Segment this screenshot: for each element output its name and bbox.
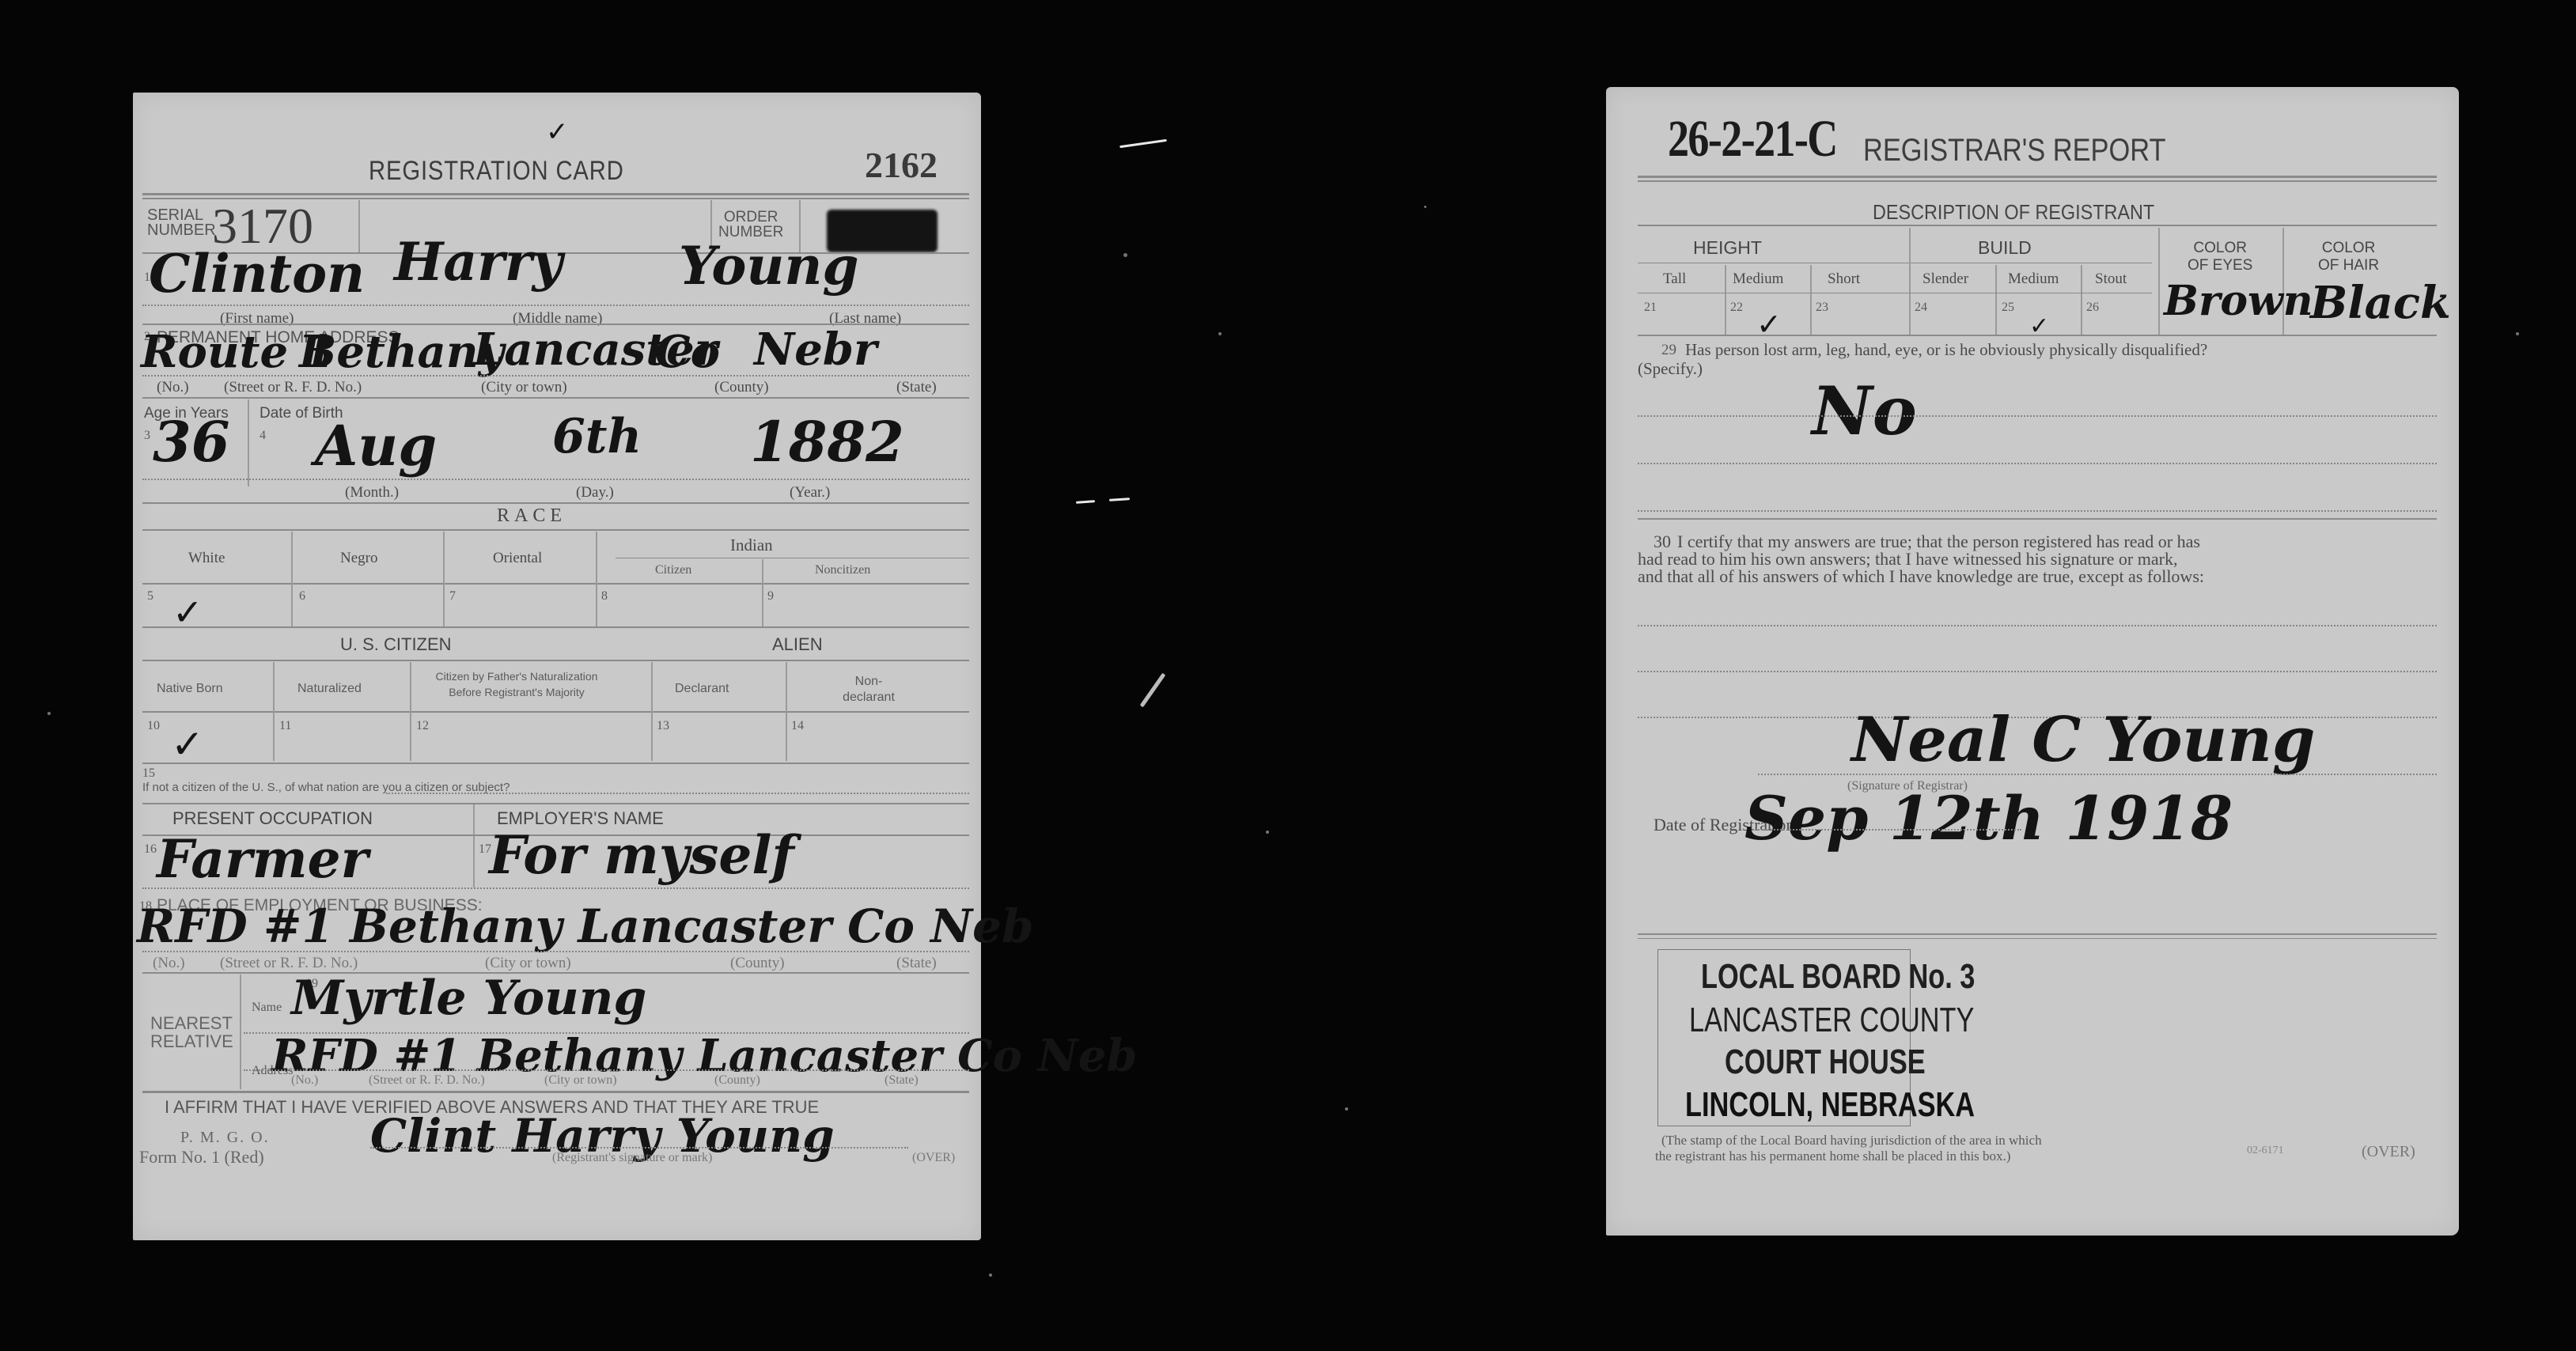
- field-number: 6: [299, 589, 305, 604]
- dotted-line: [1638, 510, 2437, 512]
- race-negro-label: Negro: [340, 550, 377, 567]
- divider: [473, 804, 475, 887]
- field-number: 25: [2002, 301, 2014, 315]
- divider: [596, 532, 597, 626]
- divider: [248, 399, 249, 486]
- dotted-line: [244, 1069, 969, 1071]
- field-number: 11: [279, 719, 291, 733]
- height-short-label: Short: [1828, 271, 1860, 288]
- field-number: 22: [1730, 301, 1743, 315]
- divider: [142, 529, 969, 531]
- top-checkmark: ✓: [546, 116, 569, 148]
- dotted-line: [1638, 463, 2437, 464]
- divider: [142, 1091, 969, 1093]
- registrars-report-card: 26-2-21-C REGISTRAR'S REPORT DESCRIPTION…: [1606, 87, 2459, 1236]
- address-city-label: (City or town): [481, 379, 567, 396]
- divider: [142, 660, 969, 661]
- address-no-label: (No.): [157, 379, 189, 396]
- height-tall-label: Tall: [1663, 271, 1686, 288]
- field-number: 14: [791, 719, 804, 733]
- divider: [762, 559, 763, 626]
- hair-color-label-line: COLOR: [2322, 240, 2376, 256]
- nearest-relative-label: NEAREST RELATIVE: [150, 1014, 233, 1050]
- height-medium-check: ✓: [1756, 307, 1782, 342]
- field-number: 3: [144, 429, 150, 443]
- hair-color-value: Black: [2310, 277, 2451, 329]
- stamp-line-1: LOCAL BOARD No. 3: [1701, 957, 1975, 997]
- signature-label: (Registrant's signature or mark): [552, 1151, 712, 1165]
- field-number: 21: [1644, 301, 1657, 315]
- field-number: 4: [259, 429, 266, 443]
- q29-specify: (Specify.): [1638, 359, 1703, 379]
- divider: [1638, 335, 2437, 336]
- stamp-line-4: LINCOLN, NEBRASKA: [1685, 1085, 1975, 1125]
- address-street-label: (Street or R. F. D. No.): [224, 379, 362, 396]
- scan-artifact: [1119, 139, 1167, 148]
- divider: [443, 532, 445, 626]
- scan-artifact: [2516, 332, 2519, 335]
- divider: [1638, 263, 2152, 263]
- divider: [240, 974, 241, 1089]
- dotted-line: [142, 479, 969, 480]
- age-value: 36: [153, 409, 229, 475]
- field-number: 12: [416, 719, 429, 733]
- race-white-label: White: [188, 550, 225, 567]
- height-label: HEIGHT: [1693, 237, 1762, 259]
- field-number: 7: [449, 589, 456, 604]
- divider: [410, 662, 411, 761]
- scan-artifact: [1345, 1107, 1348, 1111]
- relative-name: Myrtle Young: [291, 971, 646, 1026]
- field-number: 23: [1816, 301, 1828, 315]
- middle-name: Harry: [394, 231, 563, 293]
- height-medium-label: Medium: [1733, 271, 1783, 288]
- scan-artifact: [47, 712, 51, 715]
- order-label-line: ORDER: [724, 209, 778, 225]
- divider: [142, 397, 969, 399]
- occupation-value: Farmer: [157, 828, 368, 890]
- dotted-line: [370, 1147, 908, 1149]
- scan-artifact: [1109, 498, 1130, 501]
- divider: [1638, 176, 2437, 178]
- divider: [1725, 265, 1726, 335]
- registration-card: ✓ REGISTRATION CARD 2162 SERIAL NUMBER 3…: [133, 93, 981, 1240]
- field-number: 9: [767, 589, 774, 604]
- scan-artifact: [1424, 206, 1426, 208]
- print-code: 02-6171: [2247, 1145, 2284, 1157]
- relative-state-label: (State): [885, 1073, 919, 1088]
- field-number: 13: [657, 719, 669, 733]
- employment-county-label: (County): [730, 955, 785, 972]
- scan-artifact: [1076, 500, 1095, 504]
- divider: [1909, 228, 1911, 335]
- race-indian-citizen-label: Citizen: [655, 563, 691, 577]
- scan-artifact: [1218, 332, 1222, 335]
- dotted-line: [386, 793, 969, 794]
- registrar-signature: Neal C Young: [1851, 704, 2315, 776]
- alien-label: ALIEN: [772, 634, 823, 655]
- divider: [651, 662, 653, 761]
- employment-no-label: (No.): [153, 955, 185, 972]
- build-stout-label: Stout: [2095, 271, 2127, 288]
- scan-artifact: [989, 1273, 992, 1277]
- stamp-line-2: LANCASTER COUNTY: [1689, 1001, 1974, 1040]
- pmgo-label: P. M. G. O.: [180, 1129, 270, 1147]
- divider: [142, 763, 969, 764]
- stamp-line-3: COURT HOUSE: [1725, 1043, 1926, 1082]
- dob-day: 6th: [552, 409, 642, 464]
- nearest-relative-label-line: NEAREST: [150, 1013, 233, 1033]
- eye-color-label-line: OF EYES: [2188, 257, 2252, 274]
- field-number: 8: [601, 589, 608, 604]
- scan-artifact: [1140, 673, 1166, 708]
- build-medium-label: Medium: [2008, 271, 2059, 288]
- divider: [142, 626, 969, 628]
- field-number: 10: [147, 719, 160, 733]
- build-slender-label: Slender: [1923, 271, 1968, 288]
- dob-month-label: (Month.): [345, 484, 399, 501]
- dob-year-label: (Year.): [790, 484, 830, 501]
- dob-month: Aug: [315, 413, 437, 479]
- address-county-label: (County): [714, 379, 769, 396]
- hair-color-label-line: OF HAIR: [2318, 257, 2379, 274]
- field-number: 24: [1915, 301, 1927, 315]
- last-name: Young: [679, 235, 859, 297]
- q29-answer: No: [1812, 372, 1917, 450]
- divider: [142, 502, 969, 504]
- declarant-label: Declarant: [675, 682, 729, 696]
- scan-artifact: [1266, 831, 1269, 834]
- build-label: BUILD: [1978, 237, 2032, 259]
- report-title: REGISTRAR'S REPORT: [1863, 133, 2165, 168]
- stamp-number: 26-2-21-C: [1668, 109, 1837, 169]
- divider: [142, 803, 969, 804]
- address-county: Co: [655, 326, 720, 378]
- eye-color-label: COLOR OF EYES: [2188, 240, 2252, 274]
- divider: [2081, 265, 2082, 335]
- race-oriental-label: Oriental: [493, 550, 542, 567]
- divider: [616, 558, 969, 558]
- field-number: 5: [147, 589, 153, 604]
- divider: [142, 193, 969, 195]
- divider: [1638, 938, 2437, 939]
- stamp-caption-line: the registrant has his permanent home sh…: [1655, 1149, 2010, 1164]
- field-number: 15: [142, 766, 155, 781]
- card-title: REGISTRATION CARD: [369, 156, 624, 187]
- non-declarant-label: Non-declarant: [829, 674, 908, 706]
- dotted-line: [142, 375, 969, 377]
- employment-street-label: (Street or R. F. D. No.): [220, 955, 358, 972]
- eye-color-value: Brown: [2164, 277, 2313, 325]
- dotted-line: [142, 951, 969, 952]
- employment-place-value: RFD #1 Bethany Lancaster Co Neb: [137, 899, 1034, 953]
- relative-no-label: (No.): [291, 1073, 318, 1088]
- native-born-check: ✓: [171, 721, 204, 767]
- card-number: 2162: [865, 144, 938, 186]
- divider: [142, 711, 969, 713]
- over-label: (OVER): [2362, 1143, 2415, 1161]
- q29-question: Has person lost arm, leg, hand, eye, or …: [1685, 340, 2207, 360]
- employment-city-label: (City or town): [485, 955, 571, 972]
- race-indian-label: Indian: [730, 535, 773, 555]
- serial-label-line: NUMBER: [147, 221, 216, 239]
- us-citizen-label: U. S. CITIZEN: [340, 634, 452, 655]
- description-title: DESCRIPTION OF REGISTRANT: [1873, 200, 2154, 225]
- dotted-line: [1638, 625, 2437, 626]
- race-indian-noncitizen-label: Noncitizen: [815, 563, 870, 577]
- divider: [1995, 265, 1997, 335]
- dotted-line: [1752, 829, 2021, 831]
- address-state-label: (State): [896, 379, 937, 396]
- relative-street-label: (Street or R. F. D. No.): [369, 1073, 485, 1088]
- dotted-line: [142, 305, 969, 306]
- field-number: 16: [144, 842, 157, 857]
- divider: [1638, 518, 2437, 520]
- nearest-relative-label-line: RELATIVE: [150, 1031, 233, 1051]
- dotted-line: [1638, 415, 2437, 417]
- registration-date: Sep 12th 1918: [1744, 783, 2233, 853]
- address-state: Nebr: [754, 324, 877, 376]
- hair-color-label: COLOR OF HAIR: [2318, 240, 2379, 274]
- form-number-label: Form No. 1 (Red): [139, 1147, 264, 1167]
- over-label: (OVER): [912, 1151, 955, 1165]
- eye-color-label-line: COLOR: [2193, 240, 2247, 256]
- stamp-caption-line: (The stamp of the Local Board having jur…: [1661, 1133, 2042, 1149]
- divider: [273, 662, 275, 761]
- employment-state-label: (State): [896, 955, 937, 972]
- serial-label: SERIAL NUMBER: [147, 208, 216, 238]
- divider: [1638, 180, 2437, 182]
- divider: [291, 532, 293, 626]
- employer-value: For myself: [489, 824, 794, 886]
- divider: [1638, 933, 2437, 935]
- scan-artifact: [1123, 253, 1127, 257]
- native-born-label: Native Born: [157, 682, 223, 696]
- field-number: 29: [1661, 342, 1676, 359]
- relative-city-label: (City or town): [544, 1073, 617, 1088]
- divider: [1810, 265, 1812, 335]
- divider: [786, 662, 787, 761]
- first-name: Clinton: [149, 243, 365, 305]
- dotted-line: [1638, 671, 2437, 672]
- divider: [1638, 293, 2152, 293]
- dob-day-label: (Day.): [576, 484, 614, 501]
- divider: [1638, 225, 2437, 226]
- relative-name-label: Name: [252, 1001, 282, 1015]
- citizen-by-father-label: Citizen by Father's Naturalization Befor…: [422, 668, 612, 700]
- dotted-line: [1758, 774, 2437, 775]
- q30-line: and that all of his answers of which I h…: [1638, 566, 2204, 587]
- occupation-label: PRESENT OCCUPATION: [172, 808, 373, 829]
- naturalized-label: Naturalized: [297, 682, 362, 696]
- divider: [142, 583, 969, 585]
- race-title: RACE: [497, 505, 566, 527]
- field-number: 26: [2086, 301, 2099, 315]
- relative-county-label: (County): [714, 1073, 760, 1088]
- dotted-line: [142, 887, 969, 889]
- dob-year: 1882: [750, 409, 904, 475]
- divider: [2158, 228, 2160, 335]
